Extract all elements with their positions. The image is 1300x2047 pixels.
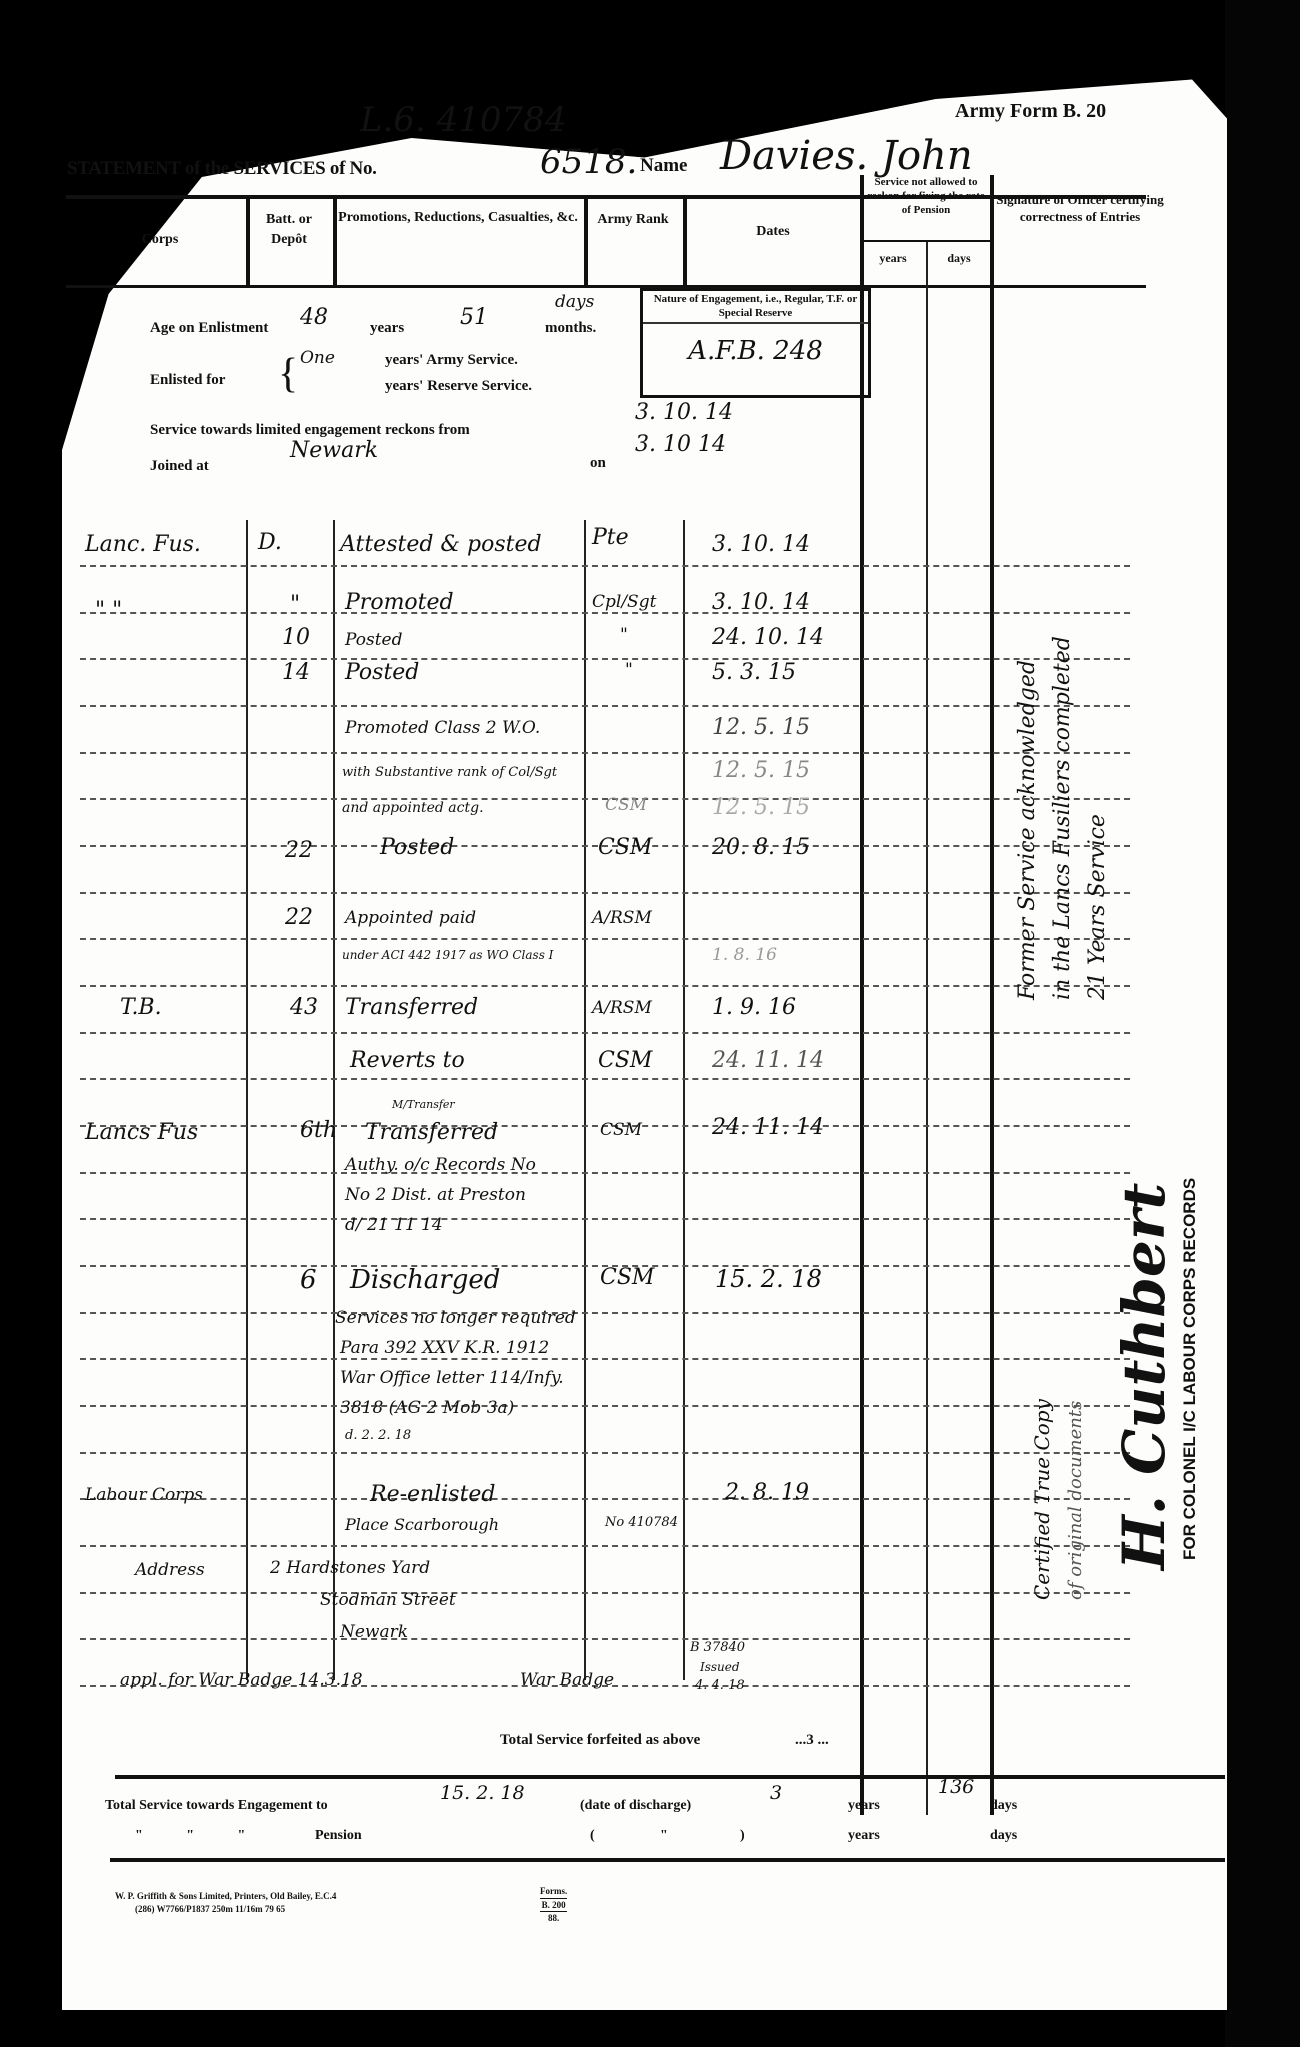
entry-event: Transferred	[365, 1120, 498, 1145]
entry-rank: CSM	[605, 795, 647, 815]
entry-batt: "	[290, 592, 300, 617]
entry-event: with Substantive rank of Col/Sgt	[342, 765, 557, 780]
entry-date: 20. 8. 15	[712, 835, 810, 860]
remark-lancs-fusiliers: in the Lancs Fusiliers completed	[1050, 636, 1075, 1000]
entry-event: Attested & posted	[340, 532, 542, 557]
pension-days-label: days	[990, 1828, 1017, 1844]
entry-date: 3. 10. 14	[712, 532, 810, 557]
total-days-value: 136	[938, 1776, 974, 1798]
army-service-label: years' Army Service.	[385, 352, 518, 369]
col-divider	[683, 520, 685, 1680]
entry-date: 24. 11. 14	[712, 1115, 824, 1140]
months-label: months.	[545, 320, 596, 337]
entry-batt: 6th	[300, 1118, 337, 1143]
brace: {	[278, 350, 298, 398]
address-line-2: Stodman Street	[320, 1590, 456, 1610]
entry-date: 12. 5. 15	[712, 795, 810, 820]
entry-event: Promoted	[345, 590, 454, 615]
address-label: Address	[135, 1560, 205, 1580]
entry-rank: Pte	[592, 525, 629, 550]
entry-rank: CSM	[598, 1048, 652, 1073]
entry-date: 1. 9. 16	[712, 995, 796, 1020]
pension-paren-close: )	[740, 1828, 745, 1844]
age-label: Age on Enlistment	[150, 320, 268, 337]
col-divider	[246, 520, 248, 1680]
entry-rank: CSM	[598, 835, 652, 860]
address-line-3: Newark	[340, 1622, 408, 1642]
records-stamp: FOR COLONEL I/C LABOUR CORPS RECORDS	[1180, 1178, 1200, 1560]
total-days-label: days	[990, 1798, 1017, 1814]
header-bottom-rule	[66, 285, 1146, 288]
entry-batt: 10	[282, 625, 310, 650]
entry-event: Authy. o/c Records No	[345, 1155, 536, 1175]
discharge-label: (date of discharge)	[580, 1798, 691, 1814]
army-service-value: One	[300, 348, 335, 368]
entry-event: d. 2. 2. 18	[345, 1428, 411, 1443]
pension-paren-ditto: "	[660, 1828, 668, 1844]
pension-paren-open: (	[590, 1828, 595, 1844]
entry-rank: "	[625, 660, 633, 680]
col-header-service-not-allowed: Service not allowed to reckon for fixing…	[862, 176, 990, 217]
col-header-years: years	[862, 250, 924, 267]
remark-former-service: Former Service acknowledged	[1015, 660, 1040, 1000]
entry-batt: 6	[300, 1265, 317, 1295]
entry-event: Appointed paid	[345, 908, 476, 928]
entry-event: Posted	[345, 630, 402, 650]
total-engagement-label: Total Service towards Engagement to	[105, 1798, 328, 1814]
entry-event-note: M/Transfer	[392, 1098, 455, 1111]
entry-event: No 2 Dist. at Preston	[345, 1185, 526, 1205]
certified-original-documents: of original documents	[1065, 1401, 1086, 1600]
entry-rank: No 410784	[605, 1515, 678, 1530]
entry-event: Para 392 XXV K.R. 1912	[340, 1338, 549, 1358]
entry-rank: "	[620, 625, 628, 645]
entry-rank: A/RSM	[592, 998, 652, 1018]
joined-at-value: Newark	[290, 438, 378, 463]
col-header-days: days	[928, 250, 990, 267]
entry-batt: 14	[282, 660, 310, 685]
total-engagement-date: 15. 2. 18	[440, 1782, 525, 1804]
war-badge-issued-date: 4. 4. 18	[695, 1678, 745, 1693]
col-header-corps: Corps	[80, 230, 240, 250]
certified-true-copy: Certified True Copy	[1030, 1399, 1054, 1600]
statement-label: STATEMENT of the SERVICES of No.	[67, 158, 377, 180]
total-years-label: years	[848, 1798, 880, 1814]
entry-event: d/ 21 11 14	[345, 1215, 443, 1235]
reckons-from-label: Service towards limited engagement recko…	[150, 422, 470, 439]
joined-at-label: Joined at	[150, 458, 209, 475]
war-badge-issued-label: Issued	[700, 1660, 740, 1674]
entry-date: 1. 8. 16	[712, 945, 777, 965]
col-divider	[584, 197, 588, 287]
col-divider	[584, 520, 586, 1680]
entry-date: 3. 10. 14	[712, 590, 810, 615]
entry-batt: 43	[290, 995, 318, 1020]
months-annotation: days	[555, 292, 594, 312]
col-divider	[860, 175, 864, 1815]
service-number: 6518.	[540, 142, 637, 182]
entry-corps: " "	[95, 598, 122, 623]
name-label: Name	[640, 155, 687, 177]
reference-number: L.6. 410784	[360, 100, 566, 140]
entry-rank: Cpl/Sgt	[592, 592, 656, 612]
entry-event: Re-enlisted	[370, 1482, 496, 1507]
entry-date: 24. 11. 14	[712, 1048, 824, 1073]
address-line-1: 2 Hardstones Yard	[270, 1558, 430, 1578]
pension-ditto: " " "	[135, 1828, 265, 1844]
entry-corps: T.B.	[120, 995, 162, 1020]
entry-event: Services no longer required	[335, 1308, 576, 1328]
forms-sub: 88.	[540, 1912, 567, 1925]
nature-of-engagement-value: A.F.B. 248	[643, 336, 868, 366]
col-divider	[990, 175, 994, 1815]
col-divider	[333, 197, 337, 287]
entry-date: 5. 3. 15	[712, 660, 796, 685]
joined-on-date: 3. 10 14	[635, 432, 726, 457]
entry-corps: Labour Corps	[85, 1485, 203, 1505]
age-years: 48	[300, 305, 328, 330]
forms-reference: Forms. B. 200 88.	[540, 1885, 567, 1925]
col-header-rank: Army Rank	[588, 210, 678, 230]
col-header-promotions: Promotions, Reductions, Casualties, &c.	[338, 208, 578, 228]
entry-rank: CSM	[600, 1265, 654, 1290]
enlisted-for-label: Enlisted for	[150, 372, 225, 389]
total-forfeited-value: ...3 ...	[795, 1732, 829, 1749]
entry-event: Reverts to	[350, 1048, 465, 1073]
entry-corps: Lancs Fus	[85, 1120, 198, 1145]
col-divider	[683, 197, 687, 287]
entry-corps: Lanc. Fus.	[85, 532, 201, 557]
pension-subheader-rule	[862, 240, 990, 242]
entry-date: 24. 10. 14	[712, 625, 824, 650]
nature-of-engagement-label: Nature of Engagement, i.e., Regular, T.F…	[643, 291, 868, 324]
total-forfeited-label: Total Service forfeited as above	[500, 1732, 700, 1749]
entry-event: Posted	[380, 835, 454, 860]
officer-signature: H. Cuthbert	[1110, 1183, 1178, 1570]
total-years-value: 3	[770, 1782, 782, 1804]
col-divider	[246, 197, 250, 287]
entry-event: and appointed actg.	[342, 800, 484, 816]
entry-event: 3818 (AG 2 Mob 3a)	[340, 1398, 514, 1418]
war-badge-application: appl. for War Badge 14.3.18	[120, 1670, 363, 1690]
remark-21-years: 21 Years Service	[1085, 814, 1110, 1000]
war-badge-number: B 37840	[690, 1640, 745, 1655]
forms-number: B. 200	[540, 1899, 567, 1913]
totals-rule	[115, 1775, 1225, 1779]
printer-imprint: W. P. Griffith & Sons Limited, Printers,…	[115, 1890, 336, 1915]
nature-of-engagement-box: Nature of Engagement, i.e., Regular, T.F…	[640, 288, 871, 398]
entry-event: Promoted Class 2 W.O.	[345, 718, 540, 738]
col-divider	[333, 520, 335, 1680]
scan-border-left	[0, 0, 60, 2047]
entry-event: Posted	[345, 660, 419, 685]
col-divider	[926, 240, 928, 1815]
pension-years-label: years	[848, 1828, 880, 1844]
entry-event: under ACI 442 1917 as WO Class I	[342, 948, 553, 962]
soldier-name: Davies. John	[720, 133, 973, 179]
entry-event: Transferred	[345, 995, 478, 1020]
entry-rank: CSM	[600, 1120, 642, 1140]
col-header-batt: Batt. or Depôt	[248, 210, 330, 251]
printer-line-1: W. P. Griffith & Sons Limited, Printers,…	[115, 1890, 336, 1903]
pension-label: Pension	[315, 1828, 362, 1844]
entry-date: 15. 2. 18	[715, 1265, 822, 1293]
form-number: Army Form B. 20	[955, 100, 1106, 123]
entry-date: 2. 8. 19	[725, 1480, 809, 1505]
entry-event: Place Scarborough	[345, 1515, 499, 1534]
entry-date: 12. 5. 15	[712, 758, 810, 783]
reserve-service-label: years' Reserve Service.	[385, 378, 532, 395]
totals-bottom-rule	[110, 1858, 1225, 1862]
scan-border-right	[1225, 0, 1300, 2047]
reckons-from-date: 3. 10. 14	[635, 400, 733, 425]
entry-event: War Office letter 114/Infy.	[340, 1368, 564, 1388]
years-label: years	[370, 320, 404, 337]
entry-batt: 22	[285, 905, 313, 930]
entry-date: 12. 5. 15	[712, 715, 810, 740]
col-header-signature: Signature of Officer certifying correctn…	[995, 192, 1165, 226]
entry-batt: D.	[258, 530, 282, 555]
col-header-dates: Dates	[688, 222, 858, 242]
war-badge-label: War Badge	[520, 1670, 614, 1690]
age-months: 51	[460, 305, 488, 330]
forms-label: Forms.	[540, 1885, 567, 1899]
on-label: on	[590, 455, 606, 472]
entry-batt: 22	[285, 838, 313, 863]
entry-event: Discharged	[350, 1265, 500, 1295]
printer-line-2: (286) W7766/P1837 250m 11/16m 79 65	[115, 1903, 336, 1916]
entry-rank: A/RSM	[592, 908, 652, 928]
